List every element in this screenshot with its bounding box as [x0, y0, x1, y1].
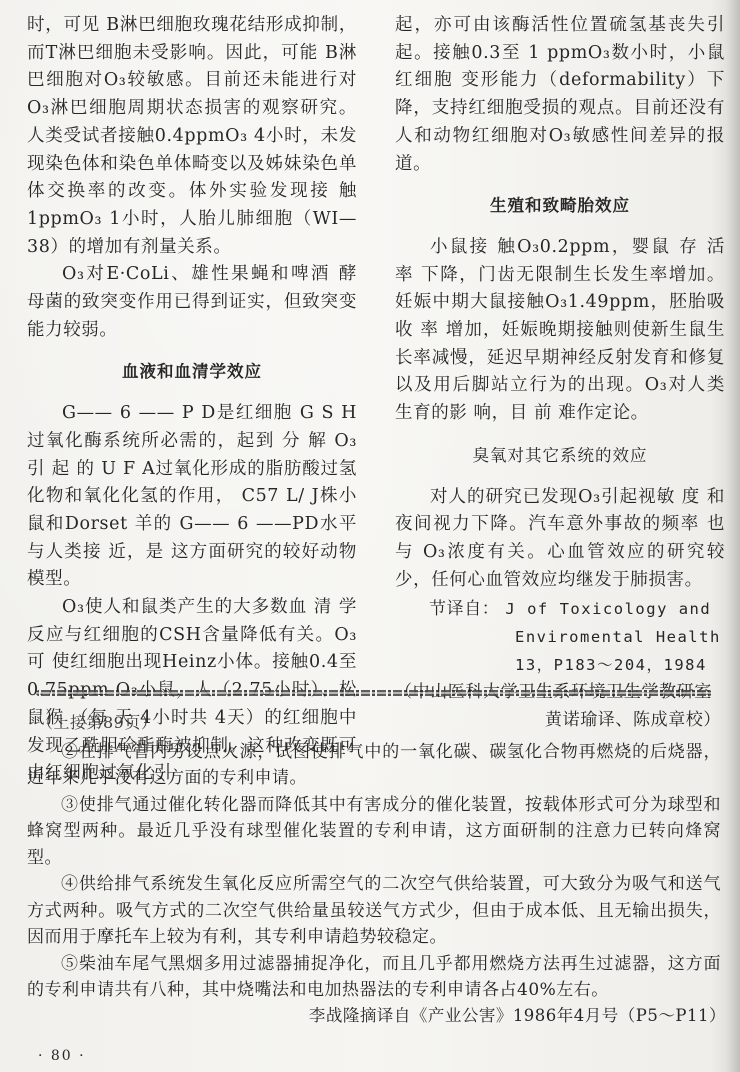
source-attribution: 李战隆摘译自《产业公害》1986年4月号（P5～P11）	[309, 1002, 726, 1026]
right-column: 起，亦可由该酶活性位置硫氢基丧失引起。接触0.3至 1 ppmO₃数小时，小鼠红…	[395, 12, 725, 735]
page-edge-shadow	[726, 0, 740, 1072]
list-item: ④供给排气系统发生氧化反应所需空气的二次空气供给装置，可大致分为吸气和送气方式两…	[27, 871, 721, 951]
paragraph: 时，可见 B淋巴细胞玫瑰花结形成抑制，而T淋巴细胞未受影响。因此，可能 B淋巴细…	[27, 12, 357, 261]
citation-source-line: 节译自： J of Toxicology and	[395, 596, 725, 624]
page-number: · 80 ·	[38, 1048, 86, 1064]
section-heading-other-systems: 臭氧对其它系统的效应	[395, 442, 725, 470]
section-heading-reproduction: 生殖和致畸胎效应	[395, 192, 725, 220]
citation-volume-pages: 13，P183～204，1984	[395, 652, 725, 680]
paragraph: 小鼠接 触O₃0.2ppm，婴鼠 存 活 率 下降，门齿无限制生长发生率增加。妊…	[395, 234, 725, 428]
citation-label: 节译自：	[429, 599, 499, 619]
paragraph: 起，亦可由该酶活性位置硫氢基丧失引起。接触0.3至 1 ppmO₃数小时，小鼠红…	[395, 12, 725, 178]
lower-section: （上接第89页） ②在排气管内另设点火源，试图使排气中的一氧化碳、碳氢化合物再燃…	[27, 710, 721, 1004]
list-item: ⑤柴油车尾气黑烟多用过滤器捕捉净化，而且几乎都用燃烧方法再生过滤器，这方面的专利…	[27, 951, 721, 1004]
citation-journal-line2: Enviromental Health	[395, 624, 725, 652]
list-item: ③使排气通过催化转化器而降低其中有害成分的催化装置，按载体形式可分为球型和蜂窝型…	[27, 792, 721, 872]
section-heading-blood-serology: 血液和血清学效应	[27, 358, 357, 386]
decorative-divider	[36, 690, 712, 696]
scanned-page: 时，可见 B淋巴细胞玫瑰花结形成抑制，而T淋巴细胞未受影响。因此，可能 B淋巴细…	[0, 0, 740, 1072]
paragraph: 对人的研究已发现O₃引起视敏 度 和 夜间视力下降。汽车意外事故的频率 也 与 …	[395, 484, 725, 595]
paragraph: G—— 6 —— P D是红细胞 G S H过氧化酶系统所必需的，起到 分 解 …	[27, 400, 357, 594]
list-item: ②在排气管内另设点火源，试图使排气中的一氧化碳、碳氢化合物再燃烧的后烧器，近年来…	[27, 739, 721, 792]
left-column: 时，可见 B淋巴细胞玫瑰花结形成抑制，而T淋巴细胞未受影响。因此，可能 B淋巴细…	[27, 12, 357, 788]
continued-from-note: （上接第89页）	[37, 710, 721, 737]
paragraph: O₃对E·CoLi、雄性果蝇和啤酒 酵 母菌的致突变作用已得到证实，但致突变能力…	[27, 261, 357, 344]
citation-journal: J of Toxicology and	[505, 600, 711, 618]
